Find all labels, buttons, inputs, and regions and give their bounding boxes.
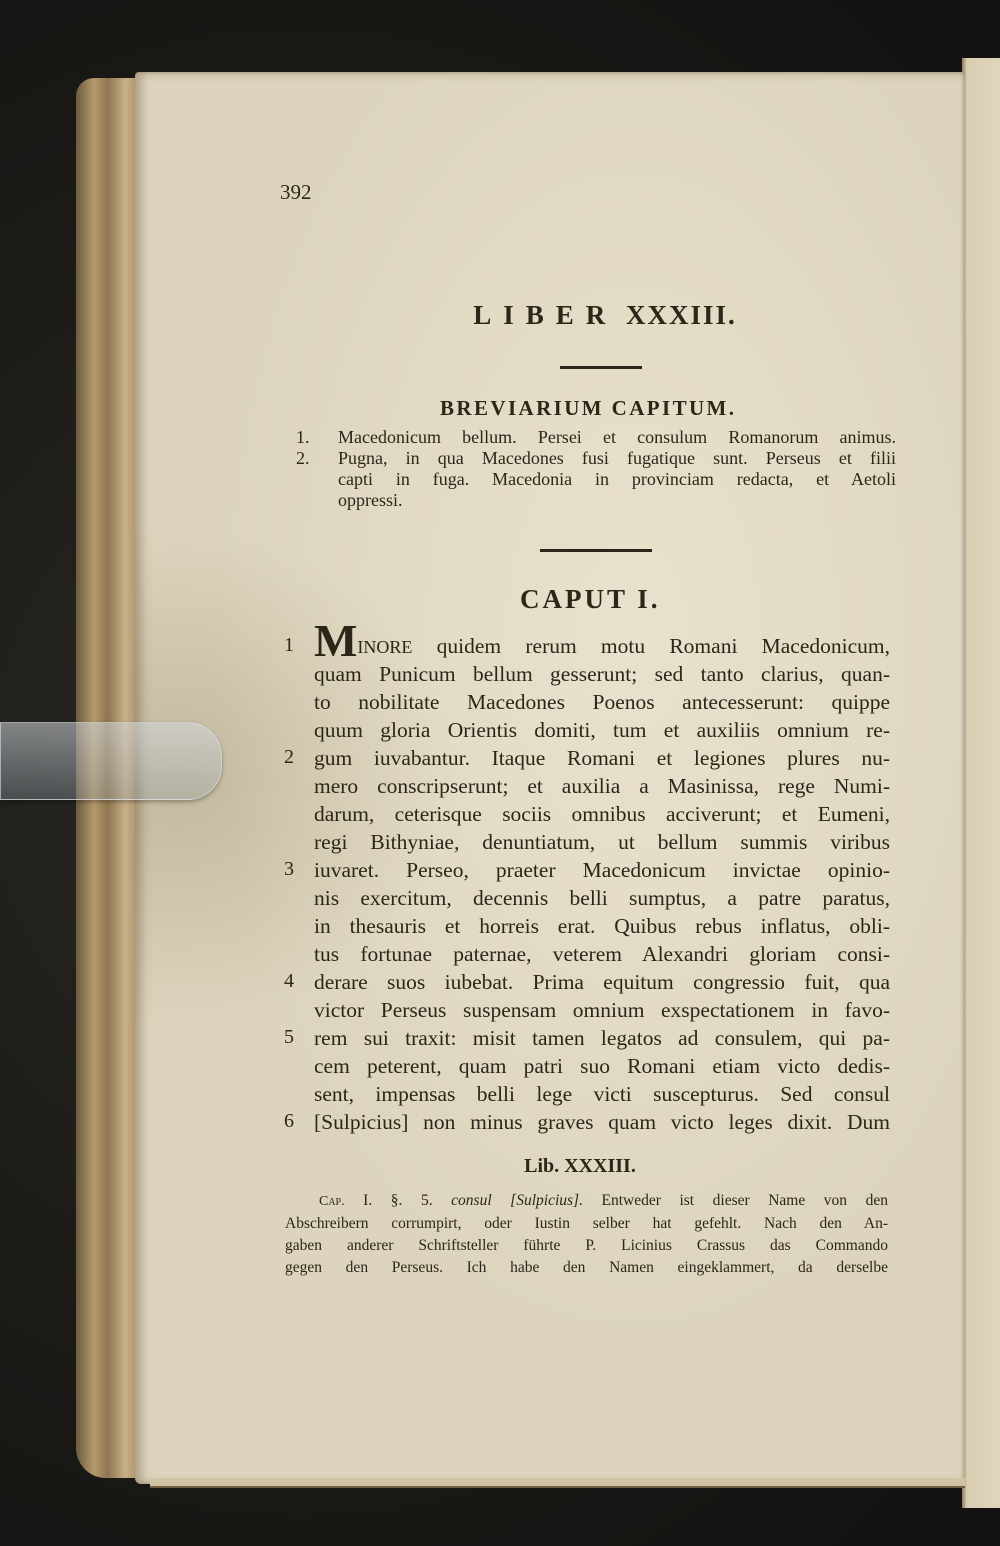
text-line-content: quidem rerum motu Romani Macedonicum,: [437, 634, 890, 658]
book-title-word: LIBER: [473, 300, 617, 330]
breviarium-heading: BREVIARIUM CAPITUM.: [440, 396, 736, 421]
footnote-line: Cap. I. §. 5. consul [Sulpicius]. Entwed…: [285, 1190, 888, 1213]
breviarium-item-text: oppressi.: [338, 490, 403, 510]
section-number: 6: [284, 1110, 294, 1133]
text-line: in thesauris et horreis erat. Quibus reb…: [314, 914, 890, 942]
text-line: regi Bithyniae, denuntiatum, ut bellum s…: [314, 830, 890, 858]
text-line: nis exercitum, decennis belli sumptus, a…: [314, 886, 890, 914]
text-line: cem peterent, quam patri suo Romani etia…: [314, 1054, 890, 1082]
page-number: 392: [280, 180, 312, 205]
breviarium-item-text: Macedonicum bellum. Persei et consulum R…: [338, 427, 896, 448]
breviarium-item-number: 2.: [296, 448, 310, 469]
text-line: darum, ceterisque sociis omnibus acciver…: [314, 802, 890, 830]
text-line: gum iuvabantur. Itaque Romani et legione…: [314, 746, 890, 774]
breviarium-item-number: 1.: [296, 427, 310, 448]
section-divider: [540, 549, 652, 552]
footnote: Cap. I. §. 5. consul [Sulpicius]. Entwed…: [285, 1190, 888, 1279]
text-line: MINORE quidem rerum motu Romani Macedoni…: [314, 634, 890, 662]
breviarium-item-text: capti in fuga. Macedonia in provinciam r…: [338, 469, 896, 490]
breviarium-list: 1. Macedonicum bellum. Persei et consulu…: [296, 427, 896, 511]
text-line: to nobilitate Macedones Poenos antecesse…: [314, 690, 890, 718]
section-number: 5: [284, 1026, 294, 1049]
footnote-line: gegen den Perseus. Ich habe den Namen ei…: [285, 1257, 888, 1279]
text-line: mero conscripserunt; et auxilia a Masini…: [314, 774, 890, 802]
section-number: 2: [284, 746, 294, 769]
footnote-ref-cap: Cap.: [319, 1194, 345, 1209]
footnote-text: Entweder ist dieser Name von den: [602, 1192, 888, 1209]
text-line: quam Punicum bellum gesserunt; sed tanto…: [314, 662, 890, 690]
plastic-page-clip: [0, 722, 222, 800]
breviarium-item-text: Pugna, in qua Macedones fusi fugatique s…: [338, 448, 896, 469]
book-title: LIBER XXXIII.: [0, 300, 1000, 331]
section-number: 3: [284, 858, 294, 881]
text-line: tus fortunae paternae, veterem Alexandri…: [314, 942, 890, 970]
footnote-ref: I. §. 5.: [345, 1192, 433, 1209]
text-line: victor Perseus suspensam omnium exspecta…: [314, 998, 890, 1026]
chapter-heading: CAPUT I.: [520, 584, 661, 615]
book-title-numeral: XXXIII.: [626, 300, 737, 330]
text-line: rem sui traxit: misit tamen legatos ad c…: [314, 1026, 890, 1054]
footnote-lemma: consul [Sulpicius].: [451, 1192, 583, 1209]
text-line: derare suos iubebat. Prima equitum congr…: [314, 970, 890, 998]
section-number: 1: [284, 634, 294, 657]
title-divider: [560, 366, 642, 369]
text-line: [Sulpicius] non minus graves quam victo …: [314, 1110, 890, 1138]
notes-heading: Lib. XXXIII.: [0, 1155, 1000, 1178]
text-line: quum gloria Orientis domiti, tum et auxi…: [314, 718, 890, 746]
section-number: 4: [284, 970, 294, 993]
footnote-line: Abschreibern corrumpirt, oder Iustin sel…: [285, 1213, 888, 1235]
first-word: INORE: [357, 637, 412, 657]
footnote-line: gaben anderer Schriftsteller führte P. L…: [285, 1235, 888, 1257]
breviarium-item: 2. Pugna, in qua Macedones fusi fugatiqu…: [296, 448, 896, 511]
breviarium-item: 1. Macedonicum bellum. Persei et consulu…: [296, 427, 896, 448]
drop-cap: M: [314, 615, 357, 666]
text-line: sent, impensas belli lege victi susceptu…: [314, 1082, 890, 1110]
text-line: iuvaret. Perseo, praeter Macedonicum inv…: [314, 858, 890, 886]
